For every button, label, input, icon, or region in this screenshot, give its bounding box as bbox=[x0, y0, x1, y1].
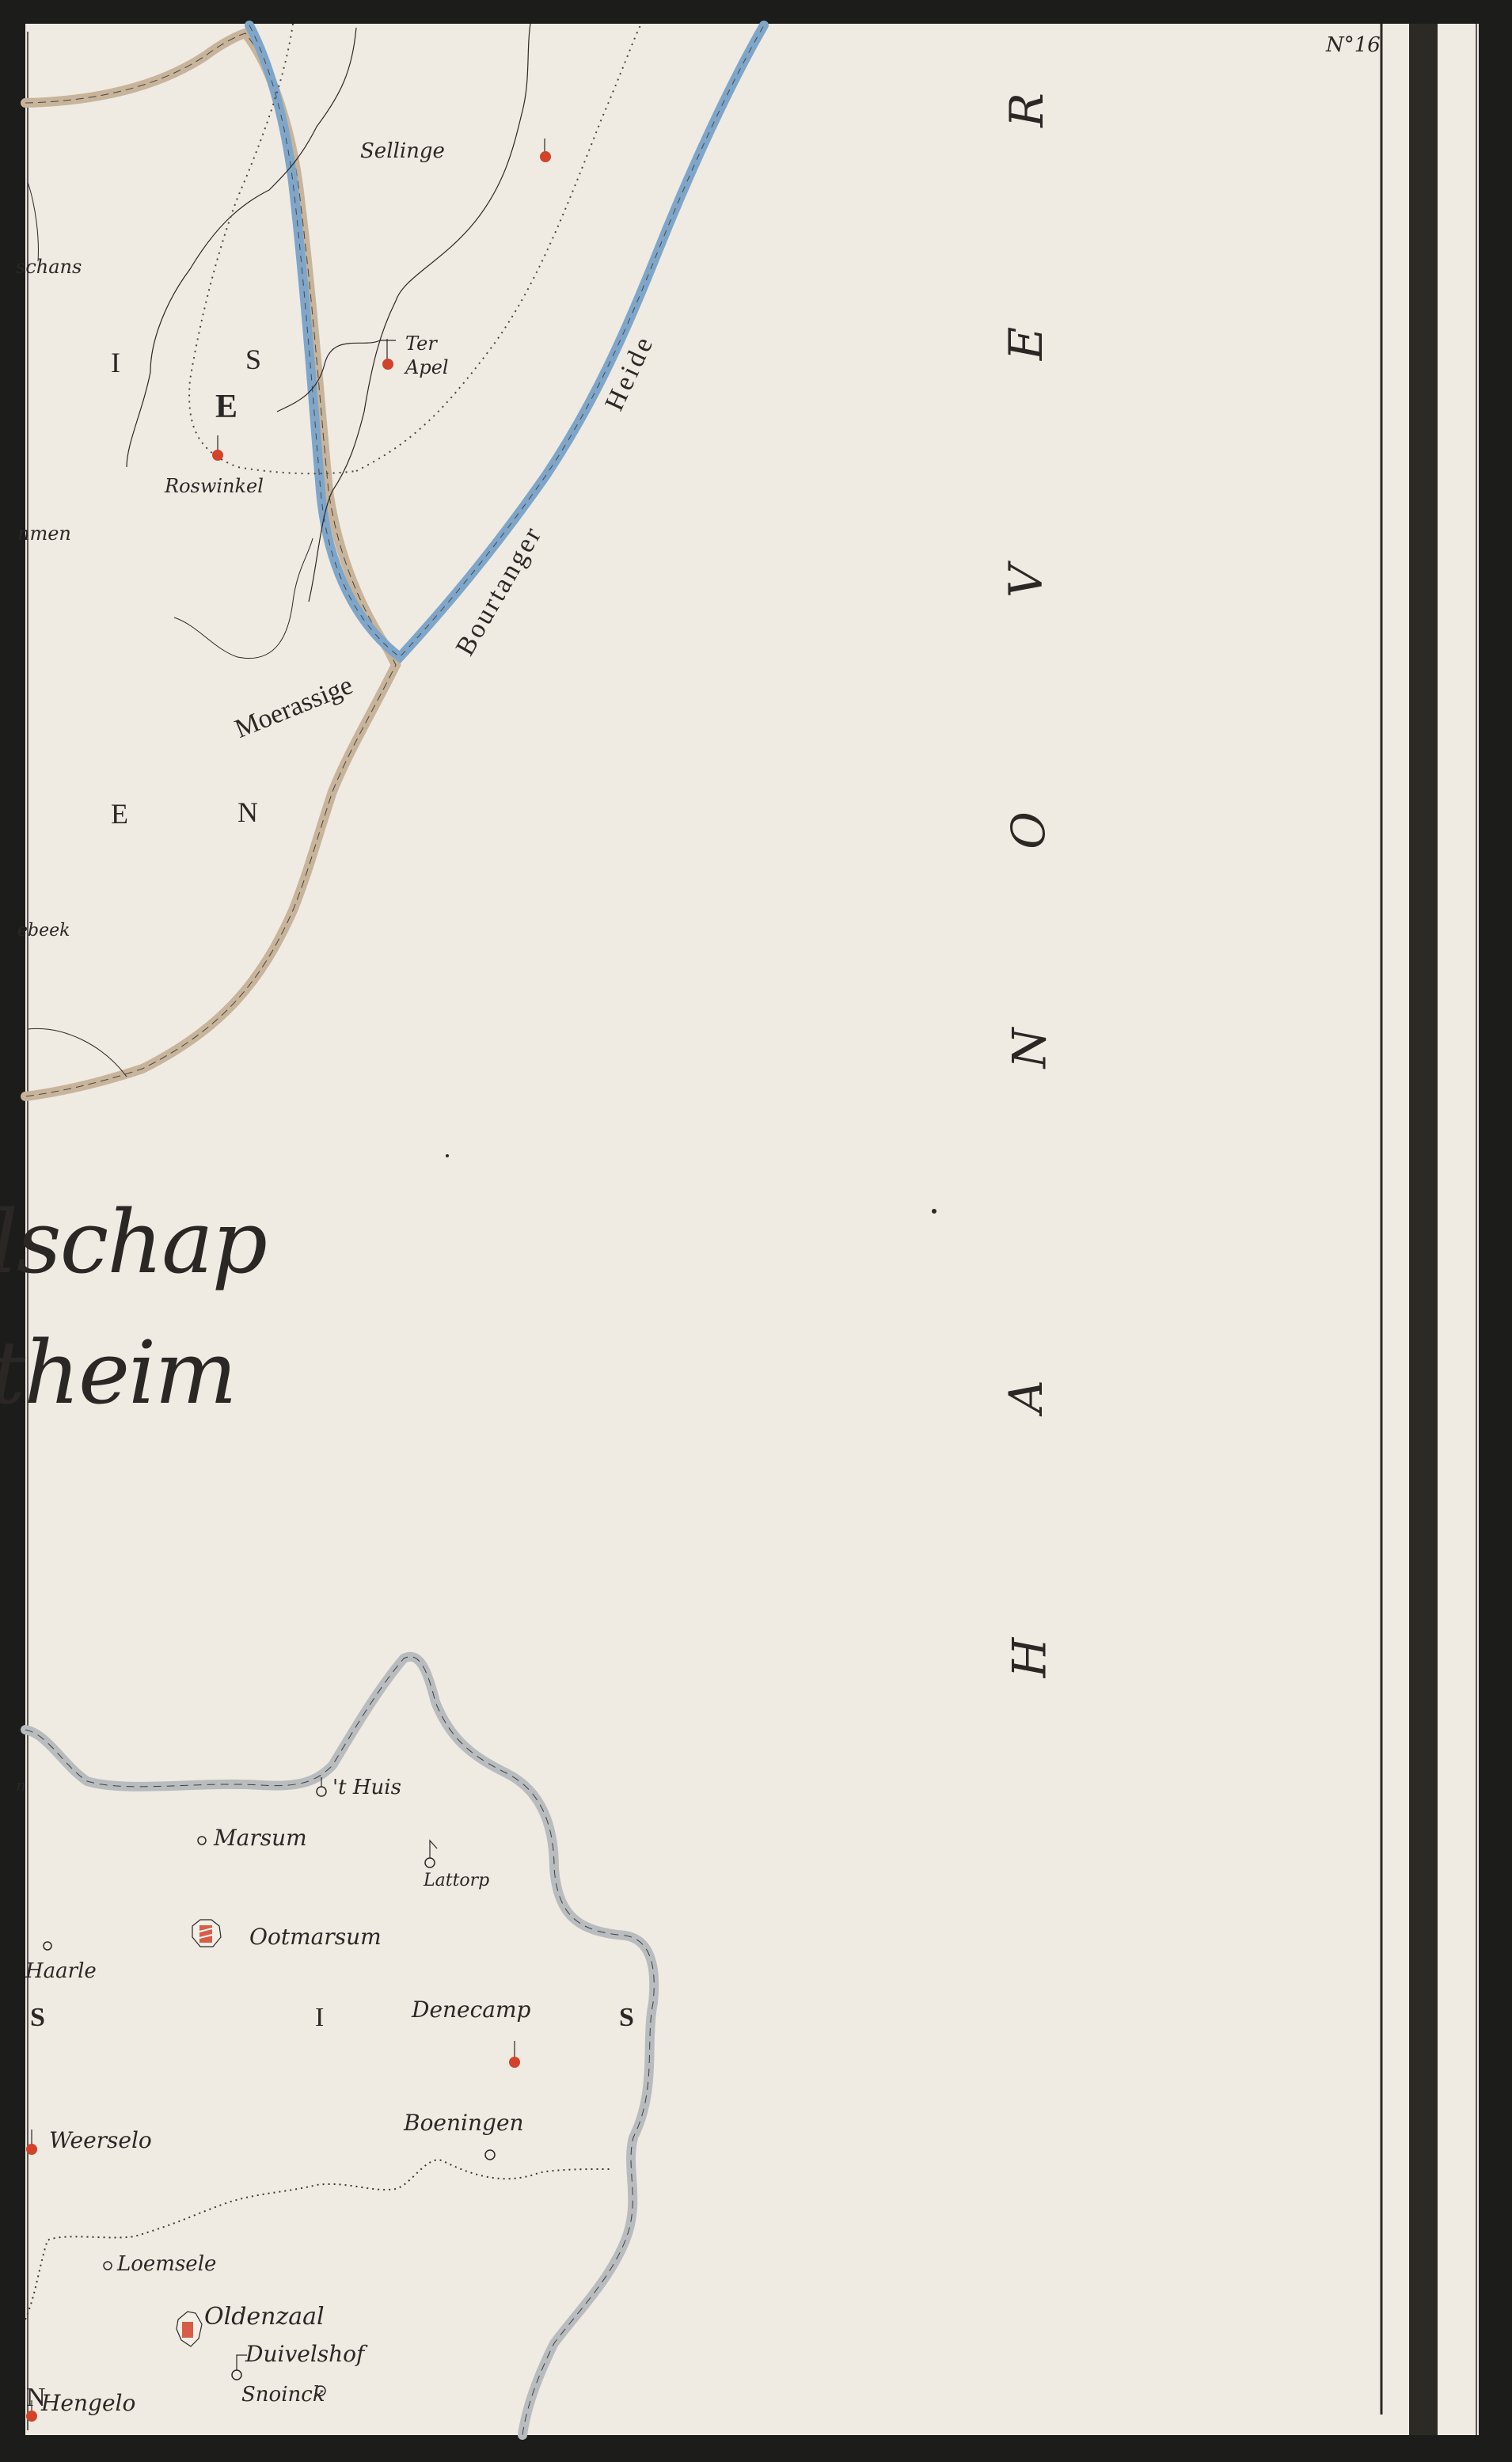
region-title-letter-n: N bbox=[1002, 1028, 1056, 1069]
place-label-marsum: Marsum bbox=[214, 1827, 307, 1849]
place-label-ter: Ter bbox=[405, 334, 437, 353]
settlement-ter-apel bbox=[382, 339, 393, 370]
place-label-loemsele: Loemsele bbox=[117, 2254, 216, 2274]
place-label-apel: Apel bbox=[405, 358, 449, 377]
settlement-loemsele bbox=[104, 2262, 112, 2270]
region-title-letter-r: R bbox=[1000, 93, 1054, 127]
place-label-lattorp: Lattorp bbox=[424, 1872, 489, 1890]
place-label-sellinge: Sellinge bbox=[360, 141, 445, 161]
place-label-nmen: nmen bbox=[17, 524, 71, 543]
settlement-denecamp bbox=[509, 2041, 520, 2068]
place-label-schans: schans bbox=[16, 257, 82, 276]
place-label-snoinck: Snoinck bbox=[241, 2384, 325, 2405]
place-label-roswinkel: Roswinkel bbox=[165, 477, 264, 496]
place-label-oldenzaal: Oldenzaal bbox=[204, 2305, 325, 2329]
province-letter: S bbox=[619, 2004, 634, 2031]
place-label-boeningen: Boeningen bbox=[404, 2112, 524, 2134]
region-title-letter-a: A bbox=[999, 1380, 1053, 1413]
right-thick-border-band bbox=[1409, 24, 1438, 2435]
region-title-letter-e: E bbox=[999, 327, 1053, 360]
province-letter: E bbox=[215, 390, 237, 424]
region-title-letter-v: V bbox=[999, 564, 1053, 598]
province-letter: E bbox=[111, 800, 128, 828]
place-label-hengelo: Hengelo bbox=[41, 2392, 135, 2415]
place-label-weerselo: Weerselo bbox=[49, 2130, 152, 2152]
province-letter: I bbox=[111, 348, 120, 377]
plate-number: N°16 bbox=[1326, 33, 1381, 57]
settlement-marsum bbox=[198, 1837, 206, 1845]
county-title-line-2: theim bbox=[0, 1322, 236, 1423]
province-letter: S bbox=[245, 345, 261, 374]
region-title-letter-h: H bbox=[1002, 1638, 1056, 1678]
settlement-sellinge bbox=[540, 139, 551, 162]
province-border-grey bbox=[25, 1657, 654, 2435]
province-letter: S bbox=[30, 2004, 45, 2031]
county-title-line-1: lschap bbox=[0, 1191, 266, 1293]
settlement-ootmarsum bbox=[192, 1920, 221, 1947]
settlement-haarle bbox=[44, 1942, 51, 1950]
settlement-lattorp bbox=[425, 1841, 437, 1867]
place-label-partial-n: n bbox=[16, 1777, 26, 1793]
settlement-boeningen bbox=[485, 2150, 495, 2160]
province-letter: N bbox=[26, 2384, 46, 2411]
place-label-t-huis: 't Huis bbox=[332, 1777, 401, 1798]
settlement-oldenzaal bbox=[177, 2312, 202, 2346]
place-label-denecamp: Denecamp bbox=[412, 1999, 530, 2021]
province-letter: I bbox=[315, 2004, 324, 2031]
region-title-letter-o: O bbox=[1001, 811, 1055, 849]
place-label-haarle: Haarle bbox=[25, 1961, 97, 1981]
place-label-duivelshof: Duivelshof bbox=[245, 2343, 364, 2365]
settlement-roswinkel bbox=[212, 435, 223, 461]
place-label-ebeek: ebeek bbox=[17, 922, 70, 940]
place-label-ootmarsum: Ootmarsum bbox=[249, 1926, 382, 1948]
province-letter: N bbox=[237, 798, 258, 826]
